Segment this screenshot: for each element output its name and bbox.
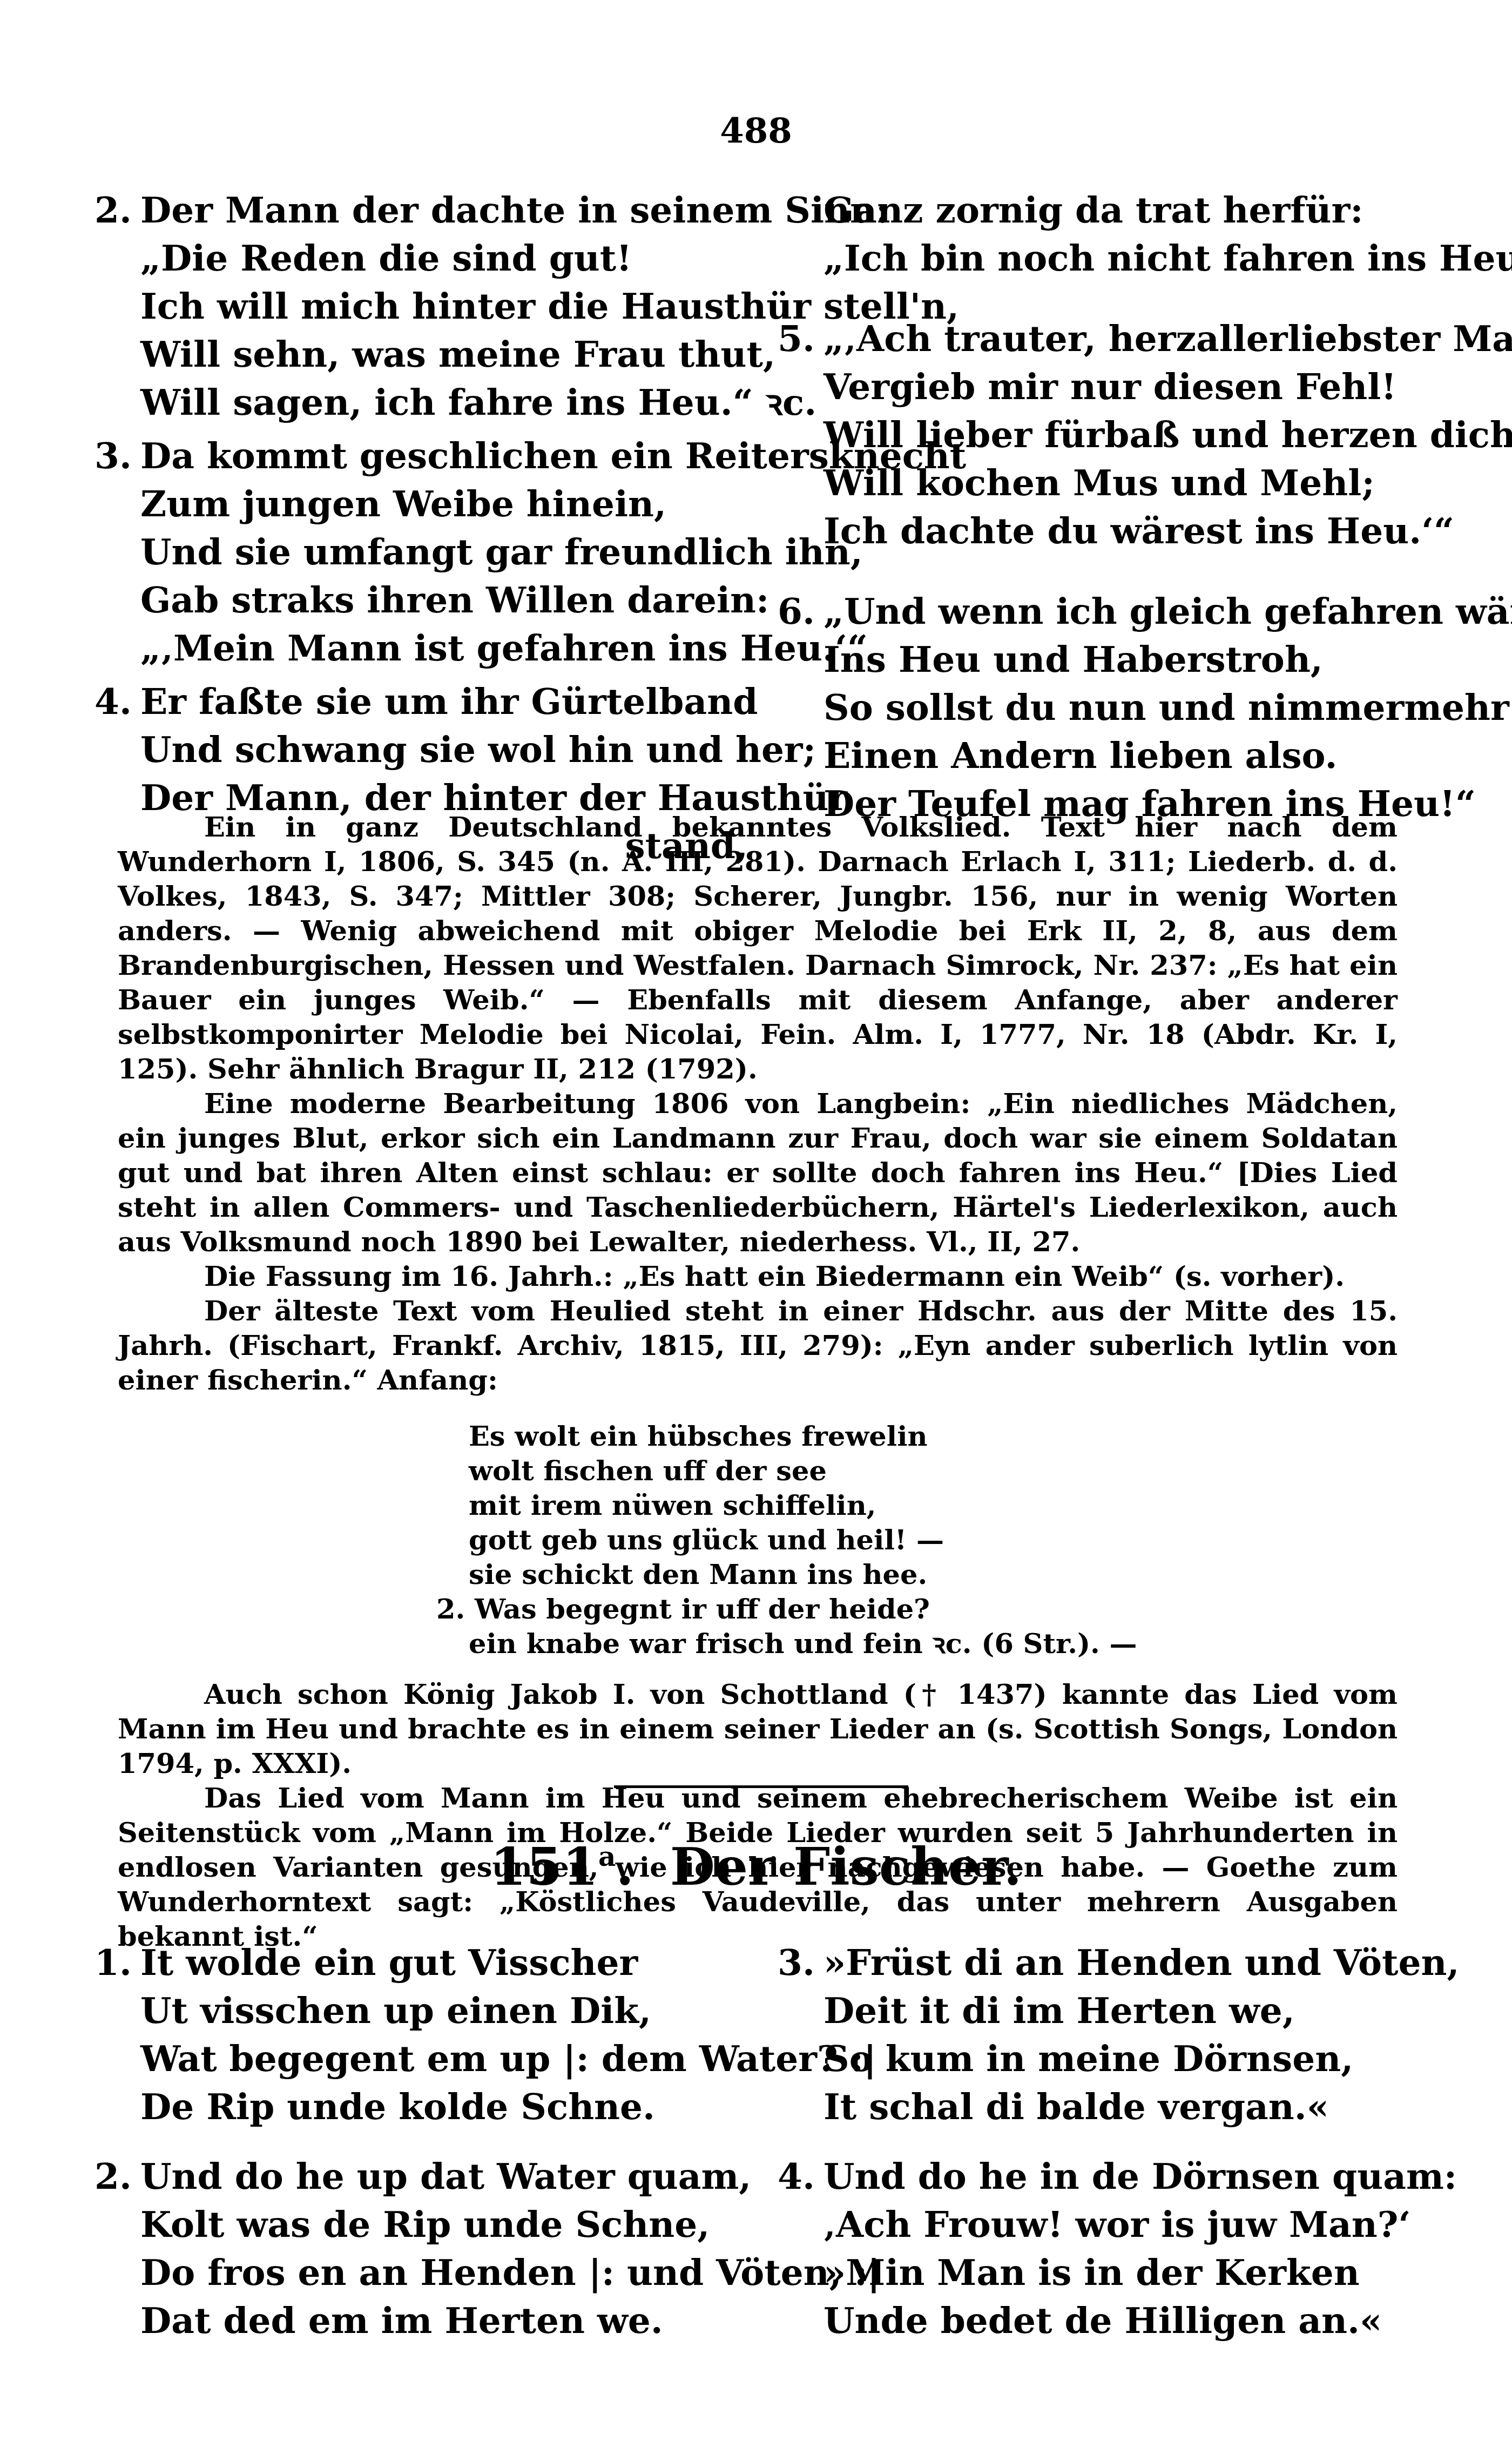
commentary-notes: Ein in ganz Deutschland bekanntes Volksl… <box>118 810 1398 1954</box>
verse-line: „‚Ach trauter, herzallerliebster Mann, <box>778 315 1447 363</box>
verse-line: Und sie umfangt gar freundlich ihn, <box>94 528 748 576</box>
quote-line: ein knabe war frisch und fein ꝛc. (6 Str… <box>469 1627 1398 1661</box>
verse-line: Unde bedet de Hilligen an.« <box>778 2297 1447 2345</box>
song-number: 151 <box>490 1836 598 1897</box>
stanza-2: 2. Der Mann der dachte in seinem Sinn: „… <box>94 186 748 427</box>
verse-line: Ich dachte du wärest ins Heu.‘“ <box>778 507 1447 555</box>
fischer-stanza-1: 1. It wolde ein gut Visscher Ut visschen… <box>94 1939 769 2131</box>
fischer-stanza-3: 3. »Früst di an Henden und Vöten, Deit i… <box>778 1939 1447 2131</box>
verse-line: Ut visschen up einen Dik, <box>94 1987 769 2035</box>
verse-line: „Die Reden die sind gut! <box>94 234 748 282</box>
left-column: 2. Der Mann der dachte in seinem Sinn: „… <box>94 186 748 875</box>
verse-line: „‚Mein Mann ist gefahren ins Heu.‘“ <box>94 624 748 672</box>
verse-line: Vergieb mir nur diesen Fehl! <box>778 363 1447 411</box>
stanza-number: 2. <box>94 2153 132 2201</box>
verse-line: Ich will mich hinter die Hausthür stell'… <box>94 282 748 331</box>
note-paragraph: Die Fassung im 16. Jahrh.: „Es hatt ein … <box>118 1259 1398 1294</box>
quote-stanza-number: 2. <box>436 1593 465 1626</box>
song-title-text: Der Fischer. <box>670 1836 1022 1897</box>
quote-line: wolt fischen uff der see <box>469 1454 1398 1488</box>
verse-line: Zum jungen Weibe hinein, <box>94 480 748 528</box>
verse-line: De Rip unde kolde Schne. <box>94 2083 769 2131</box>
verse-line: It schal di balde vergan.« <box>778 2083 1447 2131</box>
verse-line: Und schwang sie wol hin und her; <box>94 726 748 774</box>
verse-line: Einen Andern lieben also. <box>778 732 1447 780</box>
verse-line: Er faßte sie um ihr Gürtelband <box>94 678 748 726</box>
verse-line: Will kochen Mus und Mehl; <box>778 459 1447 507</box>
fischer-stanza-4: 4. Und do he in de Dörnsen quam: ‚Ach Fr… <box>778 2153 1447 2345</box>
verse-line: So sollst du nun und nimmermehr <box>778 684 1447 732</box>
right-column: Ganz zornig da trat herfür: „Ich bin noc… <box>778 186 1447 833</box>
stanza-number: 1. <box>94 1939 132 1987</box>
section-divider <box>614 1785 908 1788</box>
verse-line: Ganz zornig da trat herfür: <box>778 186 1447 234</box>
verse-line: »Min Man is in der Kerken <box>778 2249 1447 2297</box>
fischer-left-column: 1. It wolde ein gut Visscher Ut visschen… <box>94 1939 769 2350</box>
verse-line: Wat begegent em up |: dem Water? :| <box>94 2035 769 2083</box>
stanza-6: 6. „Und wenn ich gleich gefahren wär Ins… <box>778 588 1447 828</box>
note-paragraph: Eine moderne Bearbeitung 1806 von Langbe… <box>118 1087 1398 1259</box>
verse-line: »Früst di an Henden und Vöten, <box>778 1939 1447 1987</box>
stanza-4-continued: Ganz zornig da trat herfür: „Ich bin noc… <box>778 186 1447 282</box>
stanza-number: 6. <box>778 588 815 636</box>
quote-line: gott geb uns glück und heil! — <box>469 1523 1398 1557</box>
song-title: 151a. Der Fischer. <box>0 1836 1512 1897</box>
verse-line: Deit it di im Herten we, <box>778 1987 1447 2035</box>
quote-line: Es wolt ein hübsches frewelin <box>469 1419 1398 1454</box>
verse-line: Gab straks ihren Willen darein: <box>94 576 748 624</box>
stanza-5: 5. „‚Ach trauter, herzallerliebster Mann… <box>778 315 1447 555</box>
quote-line: Was begegnt ir uff der heide? <box>475 1593 930 1626</box>
verse-line: ‚Ach Frouw! wor is juw Man?‘ <box>778 2201 1447 2249</box>
verse-line: Der Mann der dachte in seinem Sinn: <box>94 186 748 234</box>
fischer-stanza-2: 2. Und do he up dat Water quam, Kolt was… <box>94 2153 769 2345</box>
verse-line: Do fros en an Henden |: und Vöten, :| <box>94 2249 769 2297</box>
book-page: 488 2. Der Mann der dachte in seinem Sin… <box>0 0 1512 2448</box>
stanza-number: 4. <box>778 2153 815 2201</box>
stanza-number: 3. <box>778 1939 815 1987</box>
note-paragraph: Der älteste Text vom Heulied steht in ei… <box>118 1294 1398 1398</box>
note-paragraph: Auch schon König Jakob I. von Schottland… <box>118 1677 1398 1781</box>
stanza-number: 3. <box>94 432 132 480</box>
verse-line: Dat ded em im Herten we. <box>94 2297 769 2345</box>
quote-line: mit irem nüwen schiffelin, <box>469 1488 1398 1523</box>
fischer-right-column: 3. »Früst di an Henden und Vöten, Deit i… <box>778 1939 1447 2350</box>
verse-line: Will lieber fürbaß und herzen dich, <box>778 411 1447 459</box>
stanza-3: 3. Da kommt geschlichen ein Reitersknech… <box>94 432 748 672</box>
song-number-suffix: a <box>598 1840 616 1872</box>
stanza-number: 4. <box>94 678 132 726</box>
verse-line: „Ich bin noch nicht fahren ins Heu!“ <box>778 234 1447 282</box>
verse-line: Kolt was de Rip unde Schne, <box>94 2201 769 2249</box>
verse-line: Da kommt geschlichen ein Reitersknecht <box>94 432 748 480</box>
verse-line: So kum in meine Dörnsen, <box>778 2035 1447 2083</box>
verse-line: It wolde ein gut Visscher <box>94 1939 769 1987</box>
verse-line: Will sagen, ich fahre ins Heu.“ ꝛc. <box>94 379 748 427</box>
stanza-number: 2. <box>94 186 132 234</box>
stanza-number: 5. <box>778 315 815 363</box>
quote-line-numbered: 2. Was begegnt ir uff der heide? <box>436 1592 1398 1627</box>
verse-line: Und do he up dat Water quam, <box>94 2153 769 2201</box>
quote-line: sie schickt den Mann ins hee. <box>469 1557 1398 1592</box>
verse-line: Und do he in de Dörnsen quam: <box>778 2153 1447 2201</box>
verse-line: Ins Heu und Haberstroh, <box>778 636 1447 684</box>
note-paragraph: Ein in ganz Deutschland bekanntes Volksl… <box>118 810 1398 1087</box>
verse-line: Will sehn, was meine Frau thut, <box>94 331 748 379</box>
page-number: 488 <box>0 111 1512 151</box>
verse-line: „Und wenn ich gleich gefahren wär <box>778 588 1447 636</box>
quoted-old-text: Es wolt ein hübsches frewelin wolt fisch… <box>469 1419 1398 1661</box>
